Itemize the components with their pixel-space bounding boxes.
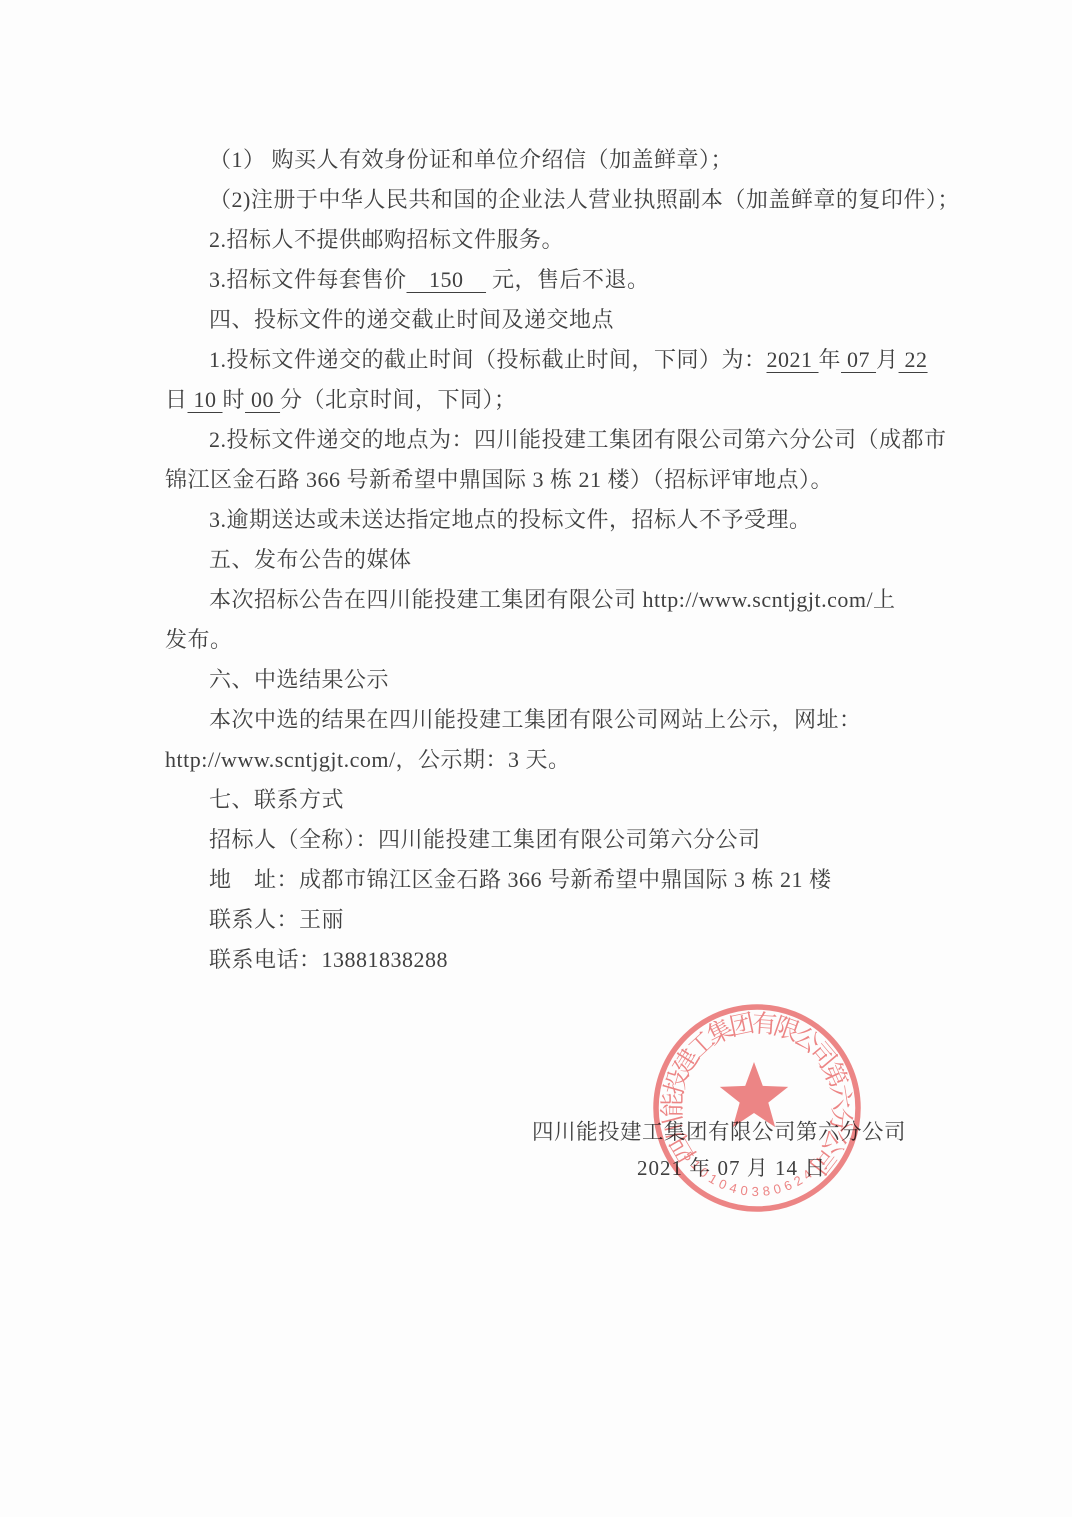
document-text: 1.投标文件递交的截止时间（投标截止时间，下同）为：: [209, 347, 767, 372]
document-text: 3.逾期送达或未送达指定地点的投标文件，招标人不予受理。: [209, 507, 812, 532]
document-line: 五、发布公告的媒体: [165, 540, 970, 580]
document-line: 本次中选的结果在四川能投建工集团有限公司网站上公示，网址：: [165, 700, 970, 740]
document-line: 四、投标文件的递交截止时间及递交地点: [165, 300, 970, 340]
document-text: 年: [819, 347, 842, 372]
document-line: 七、联系方式: [165, 780, 970, 820]
document-line: 招标人（全称）：四川能投建工集团有限公司第六分公司: [165, 820, 970, 860]
underlined-fill-in-value: 10: [188, 387, 223, 412]
document-text: 六、中选结果公示: [209, 667, 389, 692]
underlined-fill-in-value: 2021: [767, 347, 819, 372]
scanned-document-page: （1） 购买人有效身份证和单位介绍信（加盖鲜章）；（2)注册于中华人民共和国的企…: [0, 0, 1072, 1517]
document-text: 时: [223, 387, 246, 412]
document-line: （2)注册于中华人民共和国的企业法人营业执照副本（加盖鲜章的复印件）；: [165, 180, 970, 220]
document-text: 发布。: [165, 627, 233, 652]
document-text: 分（北京时间，下同）；: [280, 387, 517, 412]
document-line: 1.投标文件递交的截止时间（投标截止时间，下同）为：2021 年 07 月 22: [165, 340, 970, 380]
document-text: 七、联系方式: [209, 787, 344, 812]
underlined-fill-in-value: 150: [407, 267, 487, 292]
document-text: 四、投标文件的递交截止时间及递交地点: [209, 307, 614, 332]
document-line: http://www.scntjgjt.com/，公示期：3 天。: [165, 740, 970, 780]
document-line: 日 10 时 00 分（北京时间，下同）；: [165, 380, 970, 420]
document-body: （1） 购买人有效身份证和单位介绍信（加盖鲜章）；（2)注册于中华人民共和国的企…: [165, 140, 970, 980]
document-line: 2.投标文件递交的地点为：四川能投建工集团有限公司第六分公司（成都市: [165, 420, 970, 460]
document-line: 本次招标公告在四川能投建工集团有限公司 http://www.scntjgjt.…: [165, 580, 970, 620]
document-line: 六、中选结果公示: [165, 660, 970, 700]
document-line: 3.逾期送达或未送达指定地点的投标文件，招标人不予受理。: [165, 500, 970, 540]
document-text: 月: [876, 347, 899, 372]
document-text: 地 址：成都市锦江区金石路 366 号新希望中鼎国际 3 栋 21 楼: [209, 867, 832, 892]
document-text: 五、发布公告的媒体: [209, 547, 412, 572]
document-text: 日: [165, 387, 188, 412]
document-text: 锦江区金石路 366 号新希望中鼎国际 3 栋 21 楼）（招标评审地点）。: [165, 467, 833, 492]
document-text: 联系人：王丽: [209, 907, 344, 932]
underlined-fill-in-value: 22: [899, 347, 928, 372]
seal-star-icon: [720, 1062, 788, 1127]
document-line: 地 址：成都市锦江区金石路 366 号新希望中鼎国际 3 栋 21 楼: [165, 860, 970, 900]
document-text: 2.投标文件递交的地点为：四川能投建工集团有限公司第六分公司（成都市: [209, 427, 947, 452]
document-text: 2.招标人不提供邮购招标文件服务。: [209, 227, 564, 252]
document-text: （2)注册于中华人民共和国的企业法人营业执照副本（加盖鲜章的复印件）；: [209, 187, 960, 212]
underlined-fill-in-value: 00: [245, 387, 280, 412]
document-text: 本次中选的结果在四川能投建工集团有限公司网站上公示，网址：: [209, 707, 862, 732]
document-text: http://www.scntjgjt.com/，公示期：3 天。: [165, 747, 571, 772]
document-line: 锦江区金石路 366 号新希望中鼎国际 3 栋 21 楼）（招标评审地点）。: [165, 460, 970, 500]
document-line: 联系人：王丽: [165, 900, 970, 940]
document-text: 联系电话：13881838288: [209, 947, 448, 972]
document-text: 元，售后不退。: [486, 267, 650, 292]
document-text: 招标人（全称）：四川能投建工集团有限公司第六分公司: [209, 827, 761, 852]
document-line: 联系电话：13881838288: [165, 940, 970, 980]
document-text: 本次招标公告在四川能投建工集团有限公司 http://www.scntjgjt.…: [209, 587, 896, 612]
document-text: （1） 购买人有效身份证和单位介绍信（加盖鲜章）；: [209, 147, 733, 172]
document-line: （1） 购买人有效身份证和单位介绍信（加盖鲜章）；: [165, 140, 970, 180]
document-line: 2.招标人不提供邮购招标文件服务。: [165, 220, 970, 260]
document-text: 3.招标文件每套售价: [209, 267, 407, 292]
document-line: 3.招标文件每套售价 150 元，售后不退。: [165, 260, 970, 300]
company-seal-stamp: 四川能投建工集团有限公司第六分公司 5101040380624: [627, 978, 887, 1238]
underlined-fill-in-value: 07: [841, 347, 876, 372]
document-line: 发布。: [165, 620, 970, 660]
